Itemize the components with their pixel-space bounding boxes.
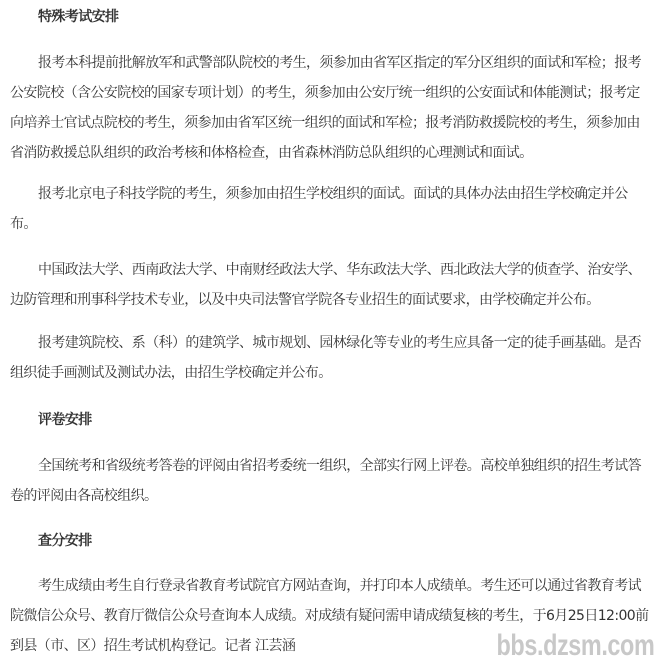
paragraph-law-universities: 中国政法大学、西南政法大学、中南财经政法大学、华东政法大学、西北政法大学的侦查学… <box>10 255 650 315</box>
paragraph-military-police-schools: 报考本科提前批解放军和武警部队院校的考生，须参加由省军区指定的军分区组织的面试和… <box>10 48 650 168</box>
paragraph-grading: 全国统考和省级统考答卷的评阅由省招考委统一组织，全部实行网上评卷。高校单独组织的… <box>10 451 650 511</box>
paragraph-architecture-schools: 报考建筑院校、系（科）的建筑学、城市规划、园林绿化等专业的考生应具备一定的徒手画… <box>10 328 650 388</box>
section-heading-score-query: 查分安排 <box>10 526 650 556</box>
paragraph-beijing-electronic-institute: 报考北京电子科技学院的考生，须参加由招生学校组织的面试。面试的具体办法由招生学校… <box>10 179 650 239</box>
section-heading-special-exams: 特殊考试安排 <box>10 2 650 32</box>
section-heading-grading: 评卷安排 <box>10 405 650 435</box>
site-watermark: bbs.dzsm.com <box>496 629 654 663</box>
